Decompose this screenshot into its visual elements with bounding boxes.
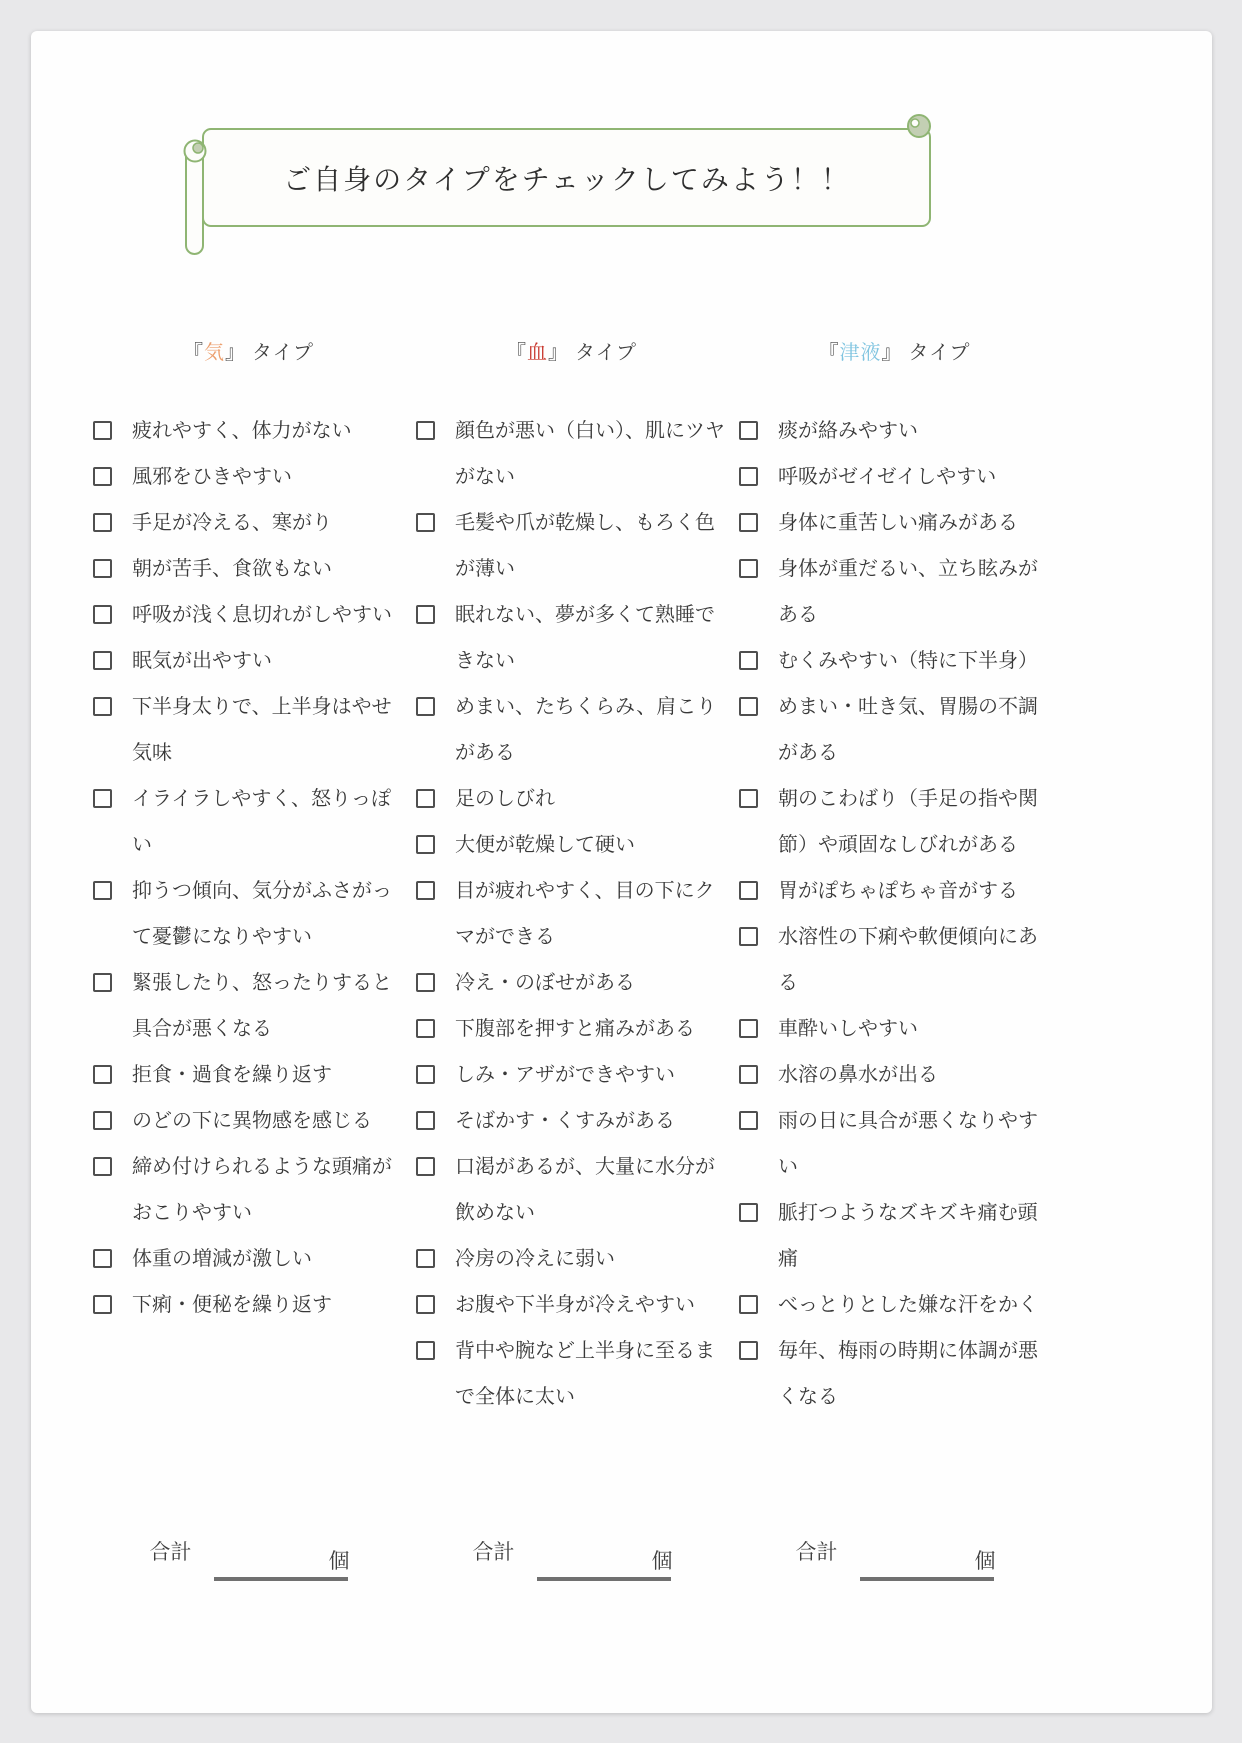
checkbox[interactable] bbox=[93, 1249, 112, 1268]
checkbox[interactable] bbox=[93, 1295, 112, 1314]
checkbox[interactable] bbox=[416, 605, 435, 624]
checkbox[interactable] bbox=[739, 1341, 758, 1360]
checklist-item: 身体が重だるい、立ち眩みがある bbox=[737, 545, 1052, 637]
title-banner: ご自身のタイプをチェックしてみよう！！ bbox=[181, 111, 941, 291]
total-blank-field[interactable]: 個 bbox=[214, 1545, 348, 1581]
checkbox[interactable] bbox=[93, 559, 112, 578]
bracket-open: 『 bbox=[506, 340, 527, 364]
checklist-item: むくみやすい（特に下半身） bbox=[737, 637, 1052, 683]
checkbox[interactable] bbox=[739, 927, 758, 946]
checklist-item: 身体に重苦しい痛みがある bbox=[737, 499, 1052, 545]
page-title: ご自身のタイプをチェックしてみよう！！ bbox=[211, 129, 923, 226]
item-text: めまい、たちくらみ、肩こりがある bbox=[455, 683, 729, 775]
checklist-item: めまい、たちくらみ、肩こりがある bbox=[414, 683, 729, 775]
item-text: 車酔いしやすい bbox=[778, 1005, 1052, 1051]
checklist-item: 目が疲れやすく、目の下にクマができる bbox=[414, 867, 729, 959]
item-text: むくみやすい（特に下半身） bbox=[778, 637, 1052, 683]
bracket-open: 『 bbox=[183, 340, 204, 364]
type-suffix: タイプ bbox=[575, 340, 637, 364]
item-text: 体重の増減が激しい bbox=[132, 1235, 406, 1281]
checkbox[interactable] bbox=[416, 973, 435, 992]
checkbox[interactable] bbox=[416, 835, 435, 854]
totals-row: 合計 個 合計 個 合計 個 bbox=[91, 1536, 1052, 1572]
column-header-ketsu: 『血』タイプ bbox=[414, 336, 729, 365]
checklist-item: 疲れやすく、体力がない bbox=[91, 407, 406, 453]
column-shineki: 『津液』タイプ 痰が絡みやすい 呼吸がゼイゼイしやすい 身体に重苦しい痛みがある… bbox=[737, 336, 1052, 1419]
checkbox[interactable] bbox=[93, 605, 112, 624]
column-header-ki: 『気』タイプ bbox=[91, 336, 406, 365]
item-text: 毛髪や爪が乾燥し、もろく色が薄い bbox=[455, 499, 729, 591]
checkbox[interactable] bbox=[739, 467, 758, 486]
item-text: 下腹部を押すと痛みがある bbox=[455, 1005, 729, 1051]
checkbox[interactable] bbox=[739, 697, 758, 716]
checklist-item: 毎年、梅雨の時期に体調が悪くなる bbox=[737, 1327, 1052, 1419]
item-text: 下痢・便秘を繰り返す bbox=[132, 1281, 406, 1327]
total-group-shineki: 合計 個 bbox=[737, 1536, 1052, 1572]
checklist-item: 下痢・便秘を繰り返す bbox=[91, 1281, 406, 1327]
checklist-item: 脈打つようなズキズキ痛む頭痛 bbox=[737, 1189, 1052, 1281]
item-text: 朝が苦手、食欲もない bbox=[132, 545, 406, 591]
item-text: 脈打つようなズキズキ痛む頭痛 bbox=[778, 1189, 1052, 1281]
checkbox[interactable] bbox=[416, 513, 435, 532]
checkbox[interactable] bbox=[739, 1065, 758, 1084]
checklist-item: 顔色が悪い（白い）、肌にツヤがない bbox=[414, 407, 729, 499]
item-text: めまい・吐き気、胃腸の不調がある bbox=[778, 683, 1052, 775]
checklist-item: 胃がぽちゃぽちゃ音がする bbox=[737, 867, 1052, 913]
item-text: お腹や下半身が冷えやすい bbox=[455, 1281, 729, 1327]
checkbox[interactable] bbox=[739, 421, 758, 440]
checklist-item: 大便が乾燥して硬い bbox=[414, 821, 729, 867]
checkbox[interactable] bbox=[416, 1065, 435, 1084]
item-text: 水溶性の下痢や軟便傾向にある bbox=[778, 913, 1052, 1005]
checkbox[interactable] bbox=[416, 1295, 435, 1314]
checkbox[interactable] bbox=[739, 559, 758, 578]
total-blank-field[interactable]: 個 bbox=[860, 1545, 994, 1581]
item-text: 眠れない、夢が多くて熟睡できない bbox=[455, 591, 729, 683]
checkbox[interactable] bbox=[93, 1065, 112, 1084]
checkbox[interactable] bbox=[93, 421, 112, 440]
checkbox[interactable] bbox=[93, 1111, 112, 1130]
item-text: 目が疲れやすく、目の下にクマができる bbox=[455, 867, 729, 959]
checklist-item: めまい・吐き気、胃腸の不調がある bbox=[737, 683, 1052, 775]
unit-label: 個 bbox=[329, 1545, 350, 1575]
checkbox[interactable] bbox=[93, 513, 112, 532]
checkbox[interactable] bbox=[93, 789, 112, 808]
item-text: 緊張したり、怒ったりすると具合が悪くなる bbox=[132, 959, 406, 1051]
item-text: 痰が絡みやすい bbox=[778, 407, 1052, 453]
item-text: 締め付けられるような頭痛がおこりやすい bbox=[132, 1143, 406, 1235]
checkbox[interactable] bbox=[93, 973, 112, 992]
checkbox[interactable] bbox=[739, 1295, 758, 1314]
checklist-item: 眠れない、夢が多くて熟睡できない bbox=[414, 591, 729, 683]
checkbox[interactable] bbox=[739, 1203, 758, 1222]
column-ki: 『気』タイプ 疲れやすく、体力がない 風邪をひきやすい 手足が冷える、寒がり 朝… bbox=[91, 336, 406, 1419]
checklist-item: のどの下に異物感を感じる bbox=[91, 1097, 406, 1143]
checklist-item: 呼吸がゼイゼイしやすい bbox=[737, 453, 1052, 499]
item-text: そばかす・くすみがある bbox=[455, 1097, 729, 1143]
checkbox[interactable] bbox=[739, 1111, 758, 1130]
item-text: 毎年、梅雨の時期に体調が悪くなる bbox=[778, 1327, 1052, 1419]
unit-label: 個 bbox=[975, 1545, 996, 1575]
item-text: のどの下に異物感を感じる bbox=[132, 1097, 406, 1143]
item-text: べっとりとした嫌な汗をかく bbox=[778, 1281, 1052, 1327]
checklist-columns: 『気』タイプ 疲れやすく、体力がない 風邪をひきやすい 手足が冷える、寒がり 朝… bbox=[91, 336, 1052, 1419]
checklist-item: 風邪をひきやすい bbox=[91, 453, 406, 499]
checklist-item: 呼吸が浅く息切れがしやすい bbox=[91, 591, 406, 637]
checklist-item: 水溶性の下痢や軟便傾向にある bbox=[737, 913, 1052, 1005]
checklist-item: 水溶の鼻水が出る bbox=[737, 1051, 1052, 1097]
checklist-item: べっとりとした嫌な汗をかく bbox=[737, 1281, 1052, 1327]
checkbox[interactable] bbox=[93, 881, 112, 900]
item-text: 冷え・のぼせがある bbox=[455, 959, 729, 1005]
checkbox[interactable] bbox=[416, 1111, 435, 1130]
checkbox[interactable] bbox=[93, 1157, 112, 1176]
checklist-item: 足のしびれ bbox=[414, 775, 729, 821]
checkbox[interactable] bbox=[739, 881, 758, 900]
checkbox[interactable] bbox=[93, 697, 112, 716]
document-page: ご自身のタイプをチェックしてみよう！！ 『気』タイプ 疲れやすく、体力がない 風… bbox=[31, 31, 1212, 1713]
checkbox[interactable] bbox=[416, 1019, 435, 1038]
checkbox[interactable] bbox=[739, 1019, 758, 1038]
column-ketsu: 『血』タイプ 顔色が悪い（白い）、肌にツヤがない 毛髪や爪が乾燥し、もろく色が薄… bbox=[414, 336, 729, 1419]
item-text: 眠気が出やすい bbox=[132, 637, 406, 683]
item-text: 雨の日に具合が悪くなりやすい bbox=[778, 1097, 1052, 1189]
checklist-item: 下腹部を押すと痛みがある bbox=[414, 1005, 729, 1051]
checklist-item: 抑うつ傾向、気分がふさがって憂鬱になりやすい bbox=[91, 867, 406, 959]
item-text: 下半身太りで、上半身はやせ気味 bbox=[132, 683, 406, 775]
item-text: イライラしやすく、怒りっぽい bbox=[132, 775, 406, 867]
item-text: 身体が重だるい、立ち眩みがある bbox=[778, 545, 1052, 637]
checkbox[interactable] bbox=[416, 1341, 435, 1360]
total-group-ketsu: 合計 個 bbox=[414, 1536, 729, 1572]
checklist-shineki: 痰が絡みやすい 呼吸がゼイゼイしやすい 身体に重苦しい痛みがある 身体が重だるい… bbox=[737, 407, 1052, 1419]
checkbox[interactable] bbox=[416, 789, 435, 808]
total-blank-field[interactable]: 個 bbox=[537, 1545, 671, 1581]
type-name-ketsu: 血 bbox=[527, 340, 548, 364]
total-group-ki: 合計 個 bbox=[91, 1536, 406, 1572]
checklist-item: しみ・アザができやすい bbox=[414, 1051, 729, 1097]
checklist-item: 雨の日に具合が悪くなりやすい bbox=[737, 1097, 1052, 1189]
checkbox[interactable] bbox=[93, 467, 112, 486]
item-text: 呼吸がゼイゼイしやすい bbox=[778, 453, 1052, 499]
item-text: 足のしびれ bbox=[455, 775, 729, 821]
checklist-ketsu: 顔色が悪い（白い）、肌にツヤがない 毛髪や爪が乾燥し、もろく色が薄い 眠れない、… bbox=[414, 407, 729, 1419]
checklist-item: イライラしやすく、怒りっぽい bbox=[91, 775, 406, 867]
checklist-item: 車酔いしやすい bbox=[737, 1005, 1052, 1051]
column-header-shineki: 『津液』タイプ bbox=[737, 336, 1052, 365]
item-text: 大便が乾燥して硬い bbox=[455, 821, 729, 867]
item-text: 背中や腕など上半身に至るまで全体に太い bbox=[455, 1327, 729, 1419]
checklist-item: 痰が絡みやすい bbox=[737, 407, 1052, 453]
type-name-shineki: 津液 bbox=[840, 340, 882, 364]
checklist-item: 朝のこわばり（手足の指や関節）や頑固なしびれがある bbox=[737, 775, 1052, 867]
checklist-item: 背中や腕など上半身に至るまで全体に太い bbox=[414, 1327, 729, 1419]
checklist-item: そばかす・くすみがある bbox=[414, 1097, 729, 1143]
checklist-item: 冷房の冷えに弱い bbox=[414, 1235, 729, 1281]
type-suffix: タイプ bbox=[252, 340, 314, 364]
checklist-item: 毛髪や爪が乾燥し、もろく色が薄い bbox=[414, 499, 729, 591]
checklist-item: 体重の増減が激しい bbox=[91, 1235, 406, 1281]
item-text: 朝のこわばり（手足の指や関節）や頑固なしびれがある bbox=[778, 775, 1052, 867]
item-text: 身体に重苦しい痛みがある bbox=[778, 499, 1052, 545]
item-text: 呼吸が浅く息切れがしやすい bbox=[132, 591, 406, 637]
checklist-item: 締め付けられるような頭痛がおこりやすい bbox=[91, 1143, 406, 1235]
total-label: 合計 bbox=[796, 1536, 838, 1572]
checkbox[interactable] bbox=[93, 651, 112, 670]
item-text: 拒食・過食を繰り返す bbox=[132, 1051, 406, 1097]
checkbox[interactable] bbox=[739, 789, 758, 808]
checkbox[interactable] bbox=[739, 651, 758, 670]
checklist-item: 緊張したり、怒ったりすると具合が悪くなる bbox=[91, 959, 406, 1051]
total-label: 合計 bbox=[473, 1536, 515, 1572]
checklist-item: 口渇があるが、大量に水分が飲めない bbox=[414, 1143, 729, 1235]
item-text: 手足が冷える、寒がり bbox=[132, 499, 406, 545]
total-label: 合計 bbox=[150, 1536, 192, 1572]
checklist-item: 手足が冷える、寒がり bbox=[91, 499, 406, 545]
checklist-item: 朝が苦手、食欲もない bbox=[91, 545, 406, 591]
bracket-open: 『 bbox=[819, 340, 840, 364]
checklist-item: お腹や下半身が冷えやすい bbox=[414, 1281, 729, 1327]
unit-label: 個 bbox=[652, 1545, 673, 1575]
item-text: 胃がぽちゃぽちゃ音がする bbox=[778, 867, 1052, 913]
checklist-item: 冷え・のぼせがある bbox=[414, 959, 729, 1005]
checkbox[interactable] bbox=[416, 1157, 435, 1176]
item-text: 口渇があるが、大量に水分が飲めない bbox=[455, 1143, 729, 1235]
item-text: 冷房の冷えに弱い bbox=[455, 1235, 729, 1281]
bracket-close: 』 bbox=[548, 340, 569, 364]
checkbox[interactable] bbox=[416, 1249, 435, 1268]
checkbox[interactable] bbox=[416, 421, 435, 440]
checklist-item: 眠気が出やすい bbox=[91, 637, 406, 683]
item-text: 顔色が悪い（白い）、肌にツヤがない bbox=[455, 407, 729, 499]
checklist-item: 下半身太りで、上半身はやせ気味 bbox=[91, 683, 406, 775]
item-text: 水溶の鼻水が出る bbox=[778, 1051, 1052, 1097]
item-text: しみ・アザができやすい bbox=[455, 1051, 729, 1097]
item-text: 抑うつ傾向、気分がふさがって憂鬱になりやすい bbox=[132, 867, 406, 959]
checkbox[interactable] bbox=[416, 881, 435, 900]
type-suffix: タイプ bbox=[909, 340, 971, 364]
checklist-ki: 疲れやすく、体力がない 風邪をひきやすい 手足が冷える、寒がり 朝が苦手、食欲も… bbox=[91, 407, 406, 1327]
checkbox[interactable] bbox=[416, 697, 435, 716]
item-text: 疲れやすく、体力がない bbox=[132, 407, 406, 453]
type-name-ki: 気 bbox=[204, 340, 225, 364]
checkbox[interactable] bbox=[739, 513, 758, 532]
checklist-item: 拒食・過食を繰り返す bbox=[91, 1051, 406, 1097]
item-text: 風邪をひきやすい bbox=[132, 453, 406, 499]
bracket-close: 』 bbox=[225, 340, 246, 364]
bracket-close: 』 bbox=[882, 340, 903, 364]
